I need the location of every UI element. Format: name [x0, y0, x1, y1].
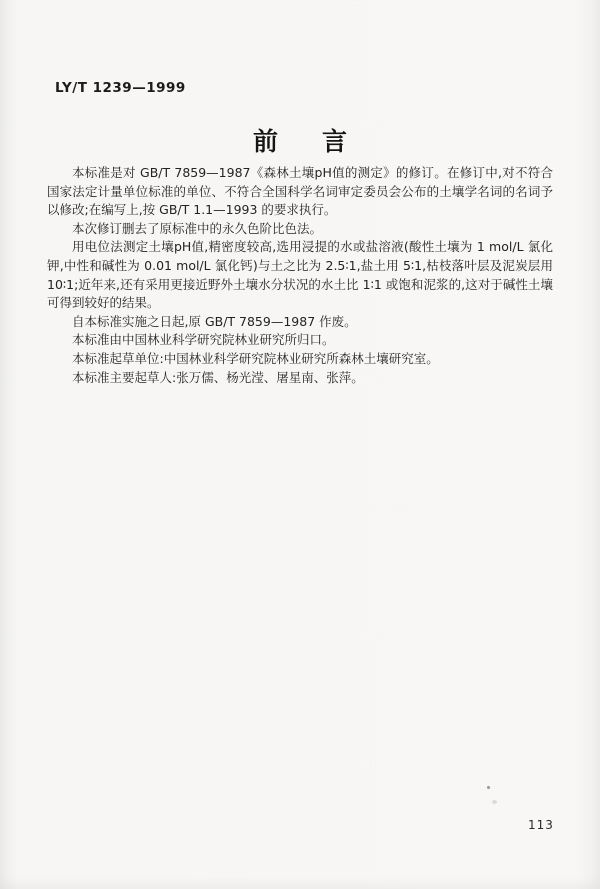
scan-speck — [487, 786, 490, 789]
standard-code: LY/T 1239—1999 — [55, 80, 186, 96]
foreword-body: 本标准是对 GB/T 7859—1987《森林土壤pH值的测定》的修订。在修订中… — [47, 164, 553, 387]
page-title: 前 言 — [0, 122, 600, 158]
page-title-char: 言 — [322, 122, 347, 158]
page-title-char: 前 — [253, 122, 278, 158]
foreword-paragraph: 本标准是对 GB/T 7859—1987《森林土壤pH值的测定》的修订。在修订中… — [47, 164, 553, 220]
foreword-paragraph: 本标准主要起草人:张万儒、杨光滢、屠星南、张萍。 — [47, 369, 553, 388]
page-number: 113 — [528, 818, 554, 832]
scanned-document-page: LY/T 1239—1999 前 言 本标准是对 GB/T 7859—1987《… — [0, 0, 600, 889]
foreword-paragraph: 本次修订删去了原标准中的永久色阶比色法。 — [47, 220, 553, 239]
foreword-paragraph: 自本标准实施之日起,原 GB/T 7859—1987 作废。 — [47, 313, 553, 332]
foreword-paragraph: 本标准起草单位:中国林业科学研究院林业研究所森林土壤研究室。 — [47, 350, 553, 369]
foreword-paragraph: 用电位法测定土壤pH值,精密度较高,选用浸提的水或盐溶液(酸性土壤为 1 mol… — [47, 238, 553, 312]
foreword-paragraph: 本标准由中国林业科学研究院林业研究所归口。 — [47, 331, 553, 350]
scan-speck — [492, 800, 497, 804]
